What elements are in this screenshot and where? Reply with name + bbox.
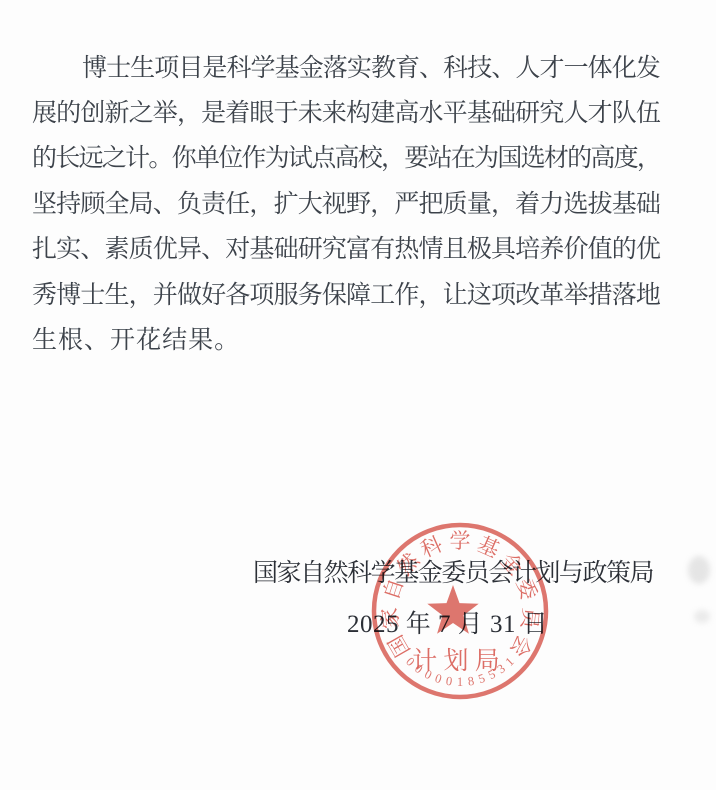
scan-smudge xyxy=(688,556,710,584)
body-line: 的长远之计。你单位作为试点高校，要站在为国选材的高度， xyxy=(32,134,660,179)
body-line: 扎实、素质优异、对基础研究富有热情且极具培养价值的优 xyxy=(32,225,660,270)
body-line: 秀博士生，并做好各项服务保障工作，让这项改革举措落地 xyxy=(32,270,660,315)
scan-smudge xyxy=(694,610,710,623)
star-icon xyxy=(427,585,478,634)
body-line: 博士生项目是科学基金落实教育、科技、人才一体化发 xyxy=(32,43,660,88)
document-page: 博士生项目是科学基金落实教育、科技、人才一体化发 展的创新之举，是着眼于未来构建… xyxy=(0,0,716,790)
body-line: 展的创新之举，是着眼于未来构建高水平基础研究人才队伍 xyxy=(32,88,660,133)
body-line: 坚持顾全局、负责任，扩大视野，严把质量，着力选拔基础 xyxy=(32,179,660,224)
official-seal: 国家自然科学基金委员会 计 划 局 00000185531 xyxy=(350,501,570,721)
body-line: 生根、开花结果。 xyxy=(32,315,660,360)
body-paragraph: 博士生项目是科学基金落实教育、科技、人才一体化发 展的创新之举，是着眼于未来构建… xyxy=(32,43,660,361)
